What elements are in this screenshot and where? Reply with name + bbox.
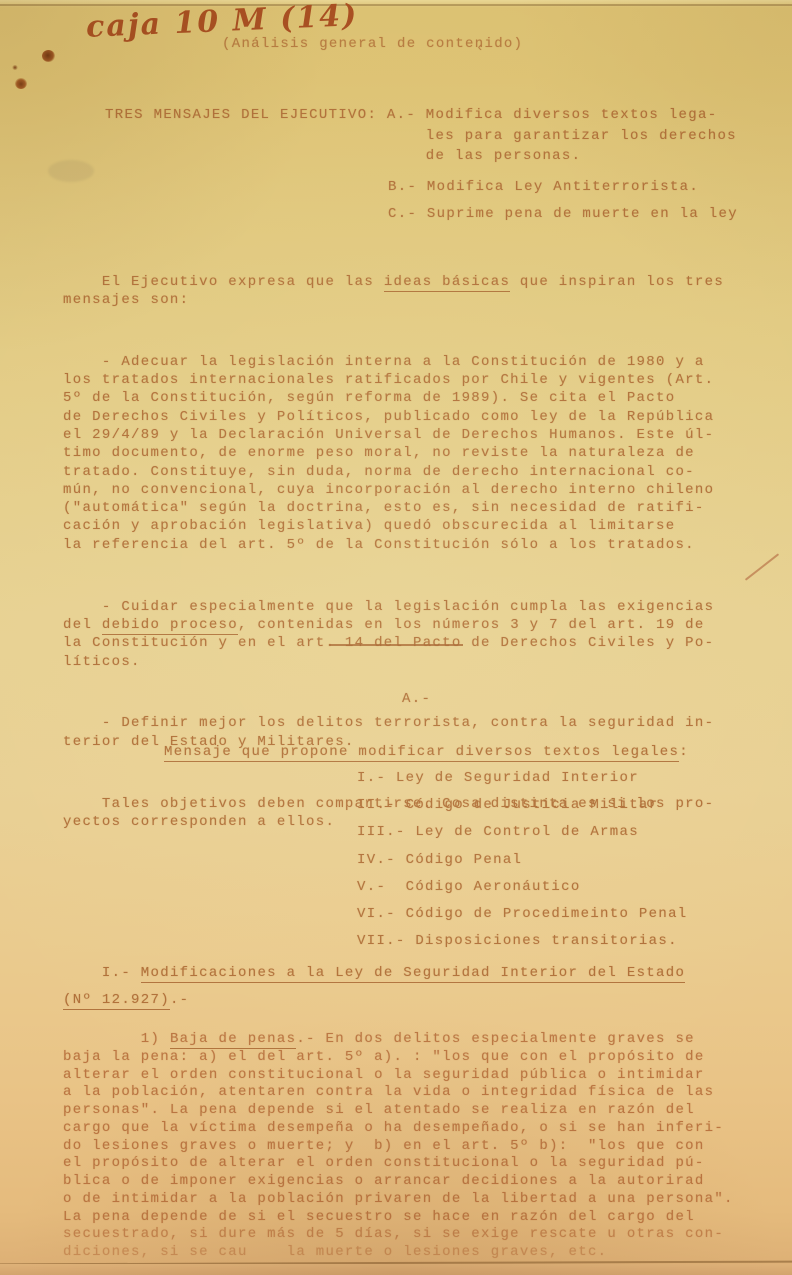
bullet-debido-proceso: - Cuidar especialmente que la legislació…: [63, 598, 724, 671]
margin-check-mark: [745, 553, 779, 580]
pencil-smudge: [48, 160, 94, 182]
baja-de-penas-paragraph: 1) Baja de penas.- En dos delitos especi…: [63, 1031, 734, 1262]
title-item-c: C.- Suprime pena de muerte en la ley: [388, 206, 738, 222]
section-a-label: A.-: [402, 691, 431, 707]
rust-stain: [15, 78, 27, 89]
section-divider-line: [330, 644, 463, 646]
bullet-adecuar-legislacion: - Adecuar la legislación interna a la Co…: [63, 353, 724, 554]
rust-stain: [12, 65, 18, 70]
scanned-document-page: caja 10 M (14) (Análisis general de cont…: [0, 0, 792, 1275]
paper-bottom-shadow: [0, 1264, 792, 1275]
title-item-b: B.- Modifica Ley Antiterrorista.: [388, 179, 699, 195]
stray-ink-mark: ‹: [476, 40, 485, 55]
modified-laws-list: I.- Ley de Seguridad InteriorII.- Código…: [357, 765, 688, 955]
intro-paragraph: El Ejecutivo expresa que las ideas básic…: [63, 273, 724, 310]
section-1-heading: I.- Modificaciones a la Ley de Seguridad…: [63, 960, 685, 1014]
paper-top-edge: [0, 4, 792, 6]
section-a-heading: Mensaje que propone modificar diversos t…: [164, 744, 689, 760]
rust-stain: [42, 50, 55, 62]
document-title-block: TRES MENSAJES DEL EJECUTIVO: A.- Modific…: [105, 105, 737, 167]
